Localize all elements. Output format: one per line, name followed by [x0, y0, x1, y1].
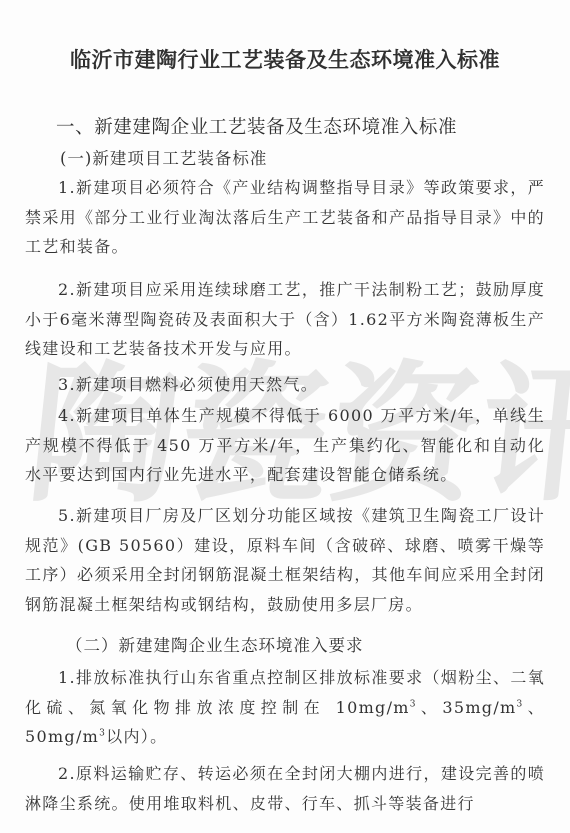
exponent: 3: [517, 699, 524, 709]
paragraph-item-5: 5.新建项目厂房及厂区划分功能区域按《建筑卫生陶瓷工厂设计规范》(GB 5056…: [25, 501, 545, 619]
paragraph-env-item-2: 2.原料运输贮存、转运必须在全封闭大棚内进行，建设完善的喷淋降尘系统。使用堆取料…: [25, 759, 545, 818]
paragraph-item-4: 4.新建项目单体生产规模不得低于 6000 万平方米/年，单线生产规模不得低于 …: [25, 401, 545, 490]
nox-limit: 50mg/m: [25, 727, 99, 746]
document-title: 临沂市建陶行业工艺装备及生态环境准入标准: [0, 44, 570, 74]
emission-suffix: 以内）。: [106, 727, 167, 746]
separator: 、: [417, 698, 443, 717]
paragraph-item-3: 3.新建项目燃料必须使用天然气。: [25, 370, 545, 400]
document-page: 陶 瓷 资 讯 临沂市建陶行业工艺装备及生态环境准入标准 一、新建建陶企业工艺装…: [0, 0, 570, 833]
separator: 、: [524, 698, 545, 717]
subsection-heading-2: （二）新建建陶企业生态环境准入要求: [66, 632, 364, 656]
dust-limit: 10mg/m: [336, 698, 410, 717]
so2-limit: 35mg/m: [442, 698, 516, 717]
subsection-heading: (一)新建项目工艺装备标准: [60, 145, 267, 169]
exponent: 3: [410, 699, 417, 709]
paragraph-item-1: 1.新建项目必须符合《产业结构调整指导目录》等政策要求，严禁采用《部分工业行业淘…: [25, 173, 545, 262]
section-heading: 一、新建建陶企业工艺装备及生态环境准入标准: [56, 113, 457, 139]
paragraph-item-2: 2.新建项目应采用连续球磨工艺，推广干法制粉工艺；鼓励厚度小于6毫米薄型陶瓷砖及…: [25, 275, 545, 364]
paragraph-env-item-1: 1.排放标准执行山东省重点控制区排放标准要求（烟粉尘、二氧化硫、氮氧化物排放浓度…: [25, 663, 545, 752]
